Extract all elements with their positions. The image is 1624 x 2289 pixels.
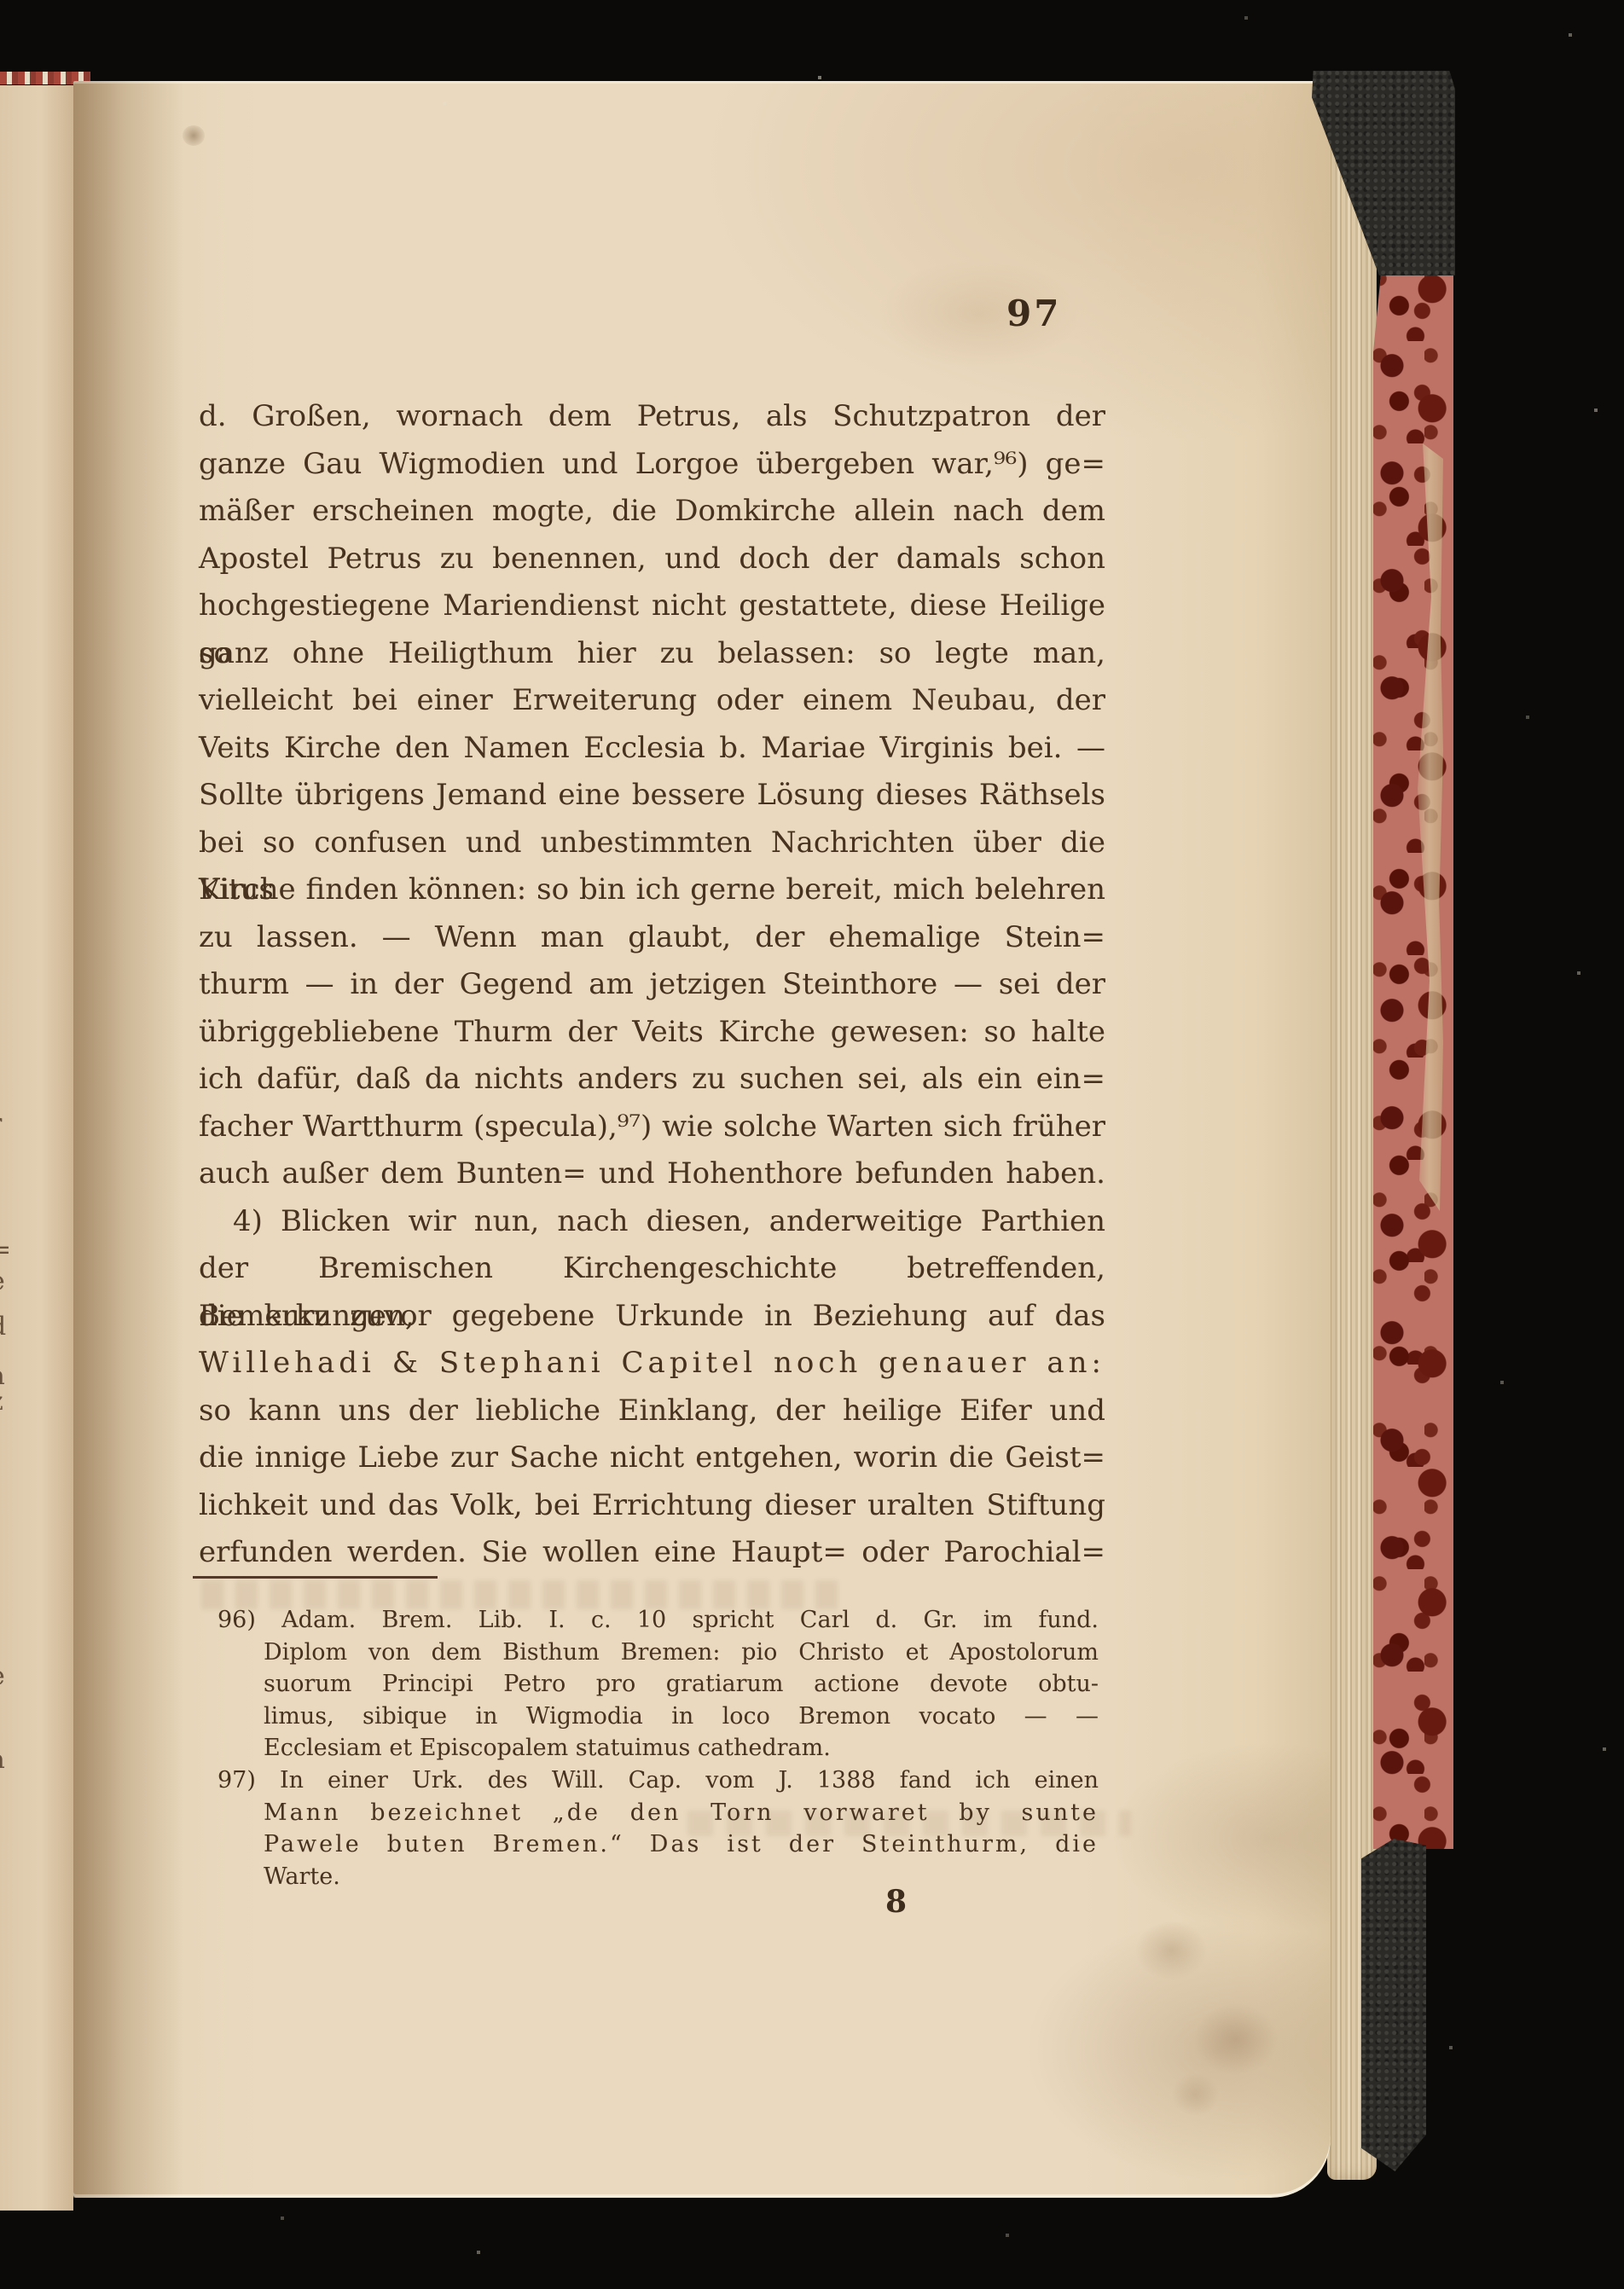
main-text-block: d. Großen, wornach dem Petrus, als Schut… [199, 393, 1105, 1577]
text-line: erfunden werden. Sie wollen eine Haupt= … [199, 1529, 1105, 1577]
footnote-97-line: Pawele buten Bremen.“ Das ist der Steint… [217, 1828, 1099, 1861]
text-line: so kann uns der liebliche Einklang, der … [199, 1388, 1105, 1435]
paper-stain [183, 125, 205, 146]
text-line: Kirche finden können: so bin ich gerne b… [199, 866, 1105, 914]
text-line: auch außer dem Bunten= und Hohenthore be… [199, 1150, 1105, 1198]
paper-stain [1122, 1906, 1285, 2128]
book-page: 97 d. Großen, wornach dem Petrus, als Sc… [73, 81, 1331, 2198]
leather-cover-corner-bottom [1361, 1839, 1426, 2171]
facing-page-glyph-fragment: e [0, 1266, 5, 1296]
text-line: die innige Liebe zur Sache nicht entgehe… [199, 1434, 1105, 1482]
letterspaced-text-line: Willehadi & Stephani Capitel noch genaue… [199, 1340, 1105, 1388]
footnote-96-line: suorum Principi Petro pro gratiarum acti… [217, 1668, 1099, 1701]
text-line: übriggebliebene Thurm der Veits Kirche g… [199, 1009, 1105, 1057]
text-line: Veits Kirche den Namen Ecclesia b. Maria… [199, 725, 1105, 773]
footnote-96-line: Diplom von dem Bisthum Bremen: pio Chris… [217, 1637, 1099, 1669]
facing-page-glyph-fragment: z [0, 1387, 3, 1417]
facing-page-glyph-fragment: r [0, 1109, 2, 1139]
text-line: Apostel Petrus zu benennen, und doch der… [199, 536, 1105, 583]
text-line: d. Großen, wornach dem Petrus, als Schut… [199, 393, 1105, 441]
text-line: ganz ohne Heiligthum hier zu belassen: s… [199, 630, 1105, 678]
footnote-97-line: Mann bezeichnet „de den Torn vorwaret by… [217, 1797, 1099, 1829]
text-line: vielleicht bei einer Erweiterung oder ei… [199, 677, 1105, 725]
gutter-shadow [73, 81, 184, 2198]
facing-page-glyph-fragment: d [0, 1312, 6, 1342]
text-line: facher Wartthurm (specula),⁹⁷) wie solch… [199, 1104, 1105, 1151]
page-number: 97 [1006, 293, 1061, 334]
text-line: thurm — in der Gegend am jetzigen Steint… [199, 961, 1105, 1009]
text-line: mäßer erscheinen mogte, die Domkirche al… [199, 488, 1105, 536]
text-line: ganze Gau Wigmodien und Lorgoe übergeben… [199, 441, 1105, 489]
dust-specks [0, 0, 2, 2]
facing-page-edge [0, 85, 73, 2211]
text-line: ich dafür, daß da nichts anders zu suche… [199, 1056, 1105, 1104]
facing-page-glyph-fragment: e [0, 1661, 5, 1691]
footnote-96-line: Ecclesiam et Episcopalem statuimus cathe… [217, 1732, 1099, 1765]
text-line: lichkeit und das Volk, bei Errichtung di… [199, 1482, 1105, 1530]
facing-page-glyph-fragment: = [0, 1235, 11, 1265]
footnote-97-line: Warte. [217, 1861, 1099, 1893]
paragraph-start-line: 4) Blicken wir nun, nach diesen, anderwe… [199, 1198, 1105, 1246]
text-line: Sollte übrigens Jemand eine bessere Lösu… [199, 772, 1105, 820]
text-line: bei so confusen und unbestimmten Nachric… [199, 820, 1105, 867]
scanned-book-page: r , = e d a z e t a 97 d. Großen, wornac… [0, 0, 1624, 2289]
text-line: der Bremischen Kirchengeschichte betreff… [199, 1245, 1105, 1293]
text-line: hochgestiegene Mariendienst nicht gestat… [199, 582, 1105, 630]
signature-mark: 8 [885, 1884, 907, 1920]
footnotes-block: 96) Adam. Brem. Lib. I. c. 10 spricht Ca… [217, 1604, 1099, 1892]
facing-page-glyph-fragment: a [0, 1745, 5, 1775]
footnote-separator-rule [193, 1576, 438, 1579]
footnote-96-line: 96) Adam. Brem. Lib. I. c. 10 spricht Ca… [217, 1604, 1099, 1637]
text-line: die kurz zuvor gegebene Urkunde in Bezie… [199, 1293, 1105, 1341]
text-line: zu lassen. — Wenn man glaubt, der ehemal… [199, 914, 1105, 962]
footnote-96-line: limus, sibique in Wigmodia in loco Bremo… [217, 1701, 1099, 1733]
footnote-97-line: 97) In einer Urk. des Will. Cap. vom J. … [217, 1765, 1099, 1797]
